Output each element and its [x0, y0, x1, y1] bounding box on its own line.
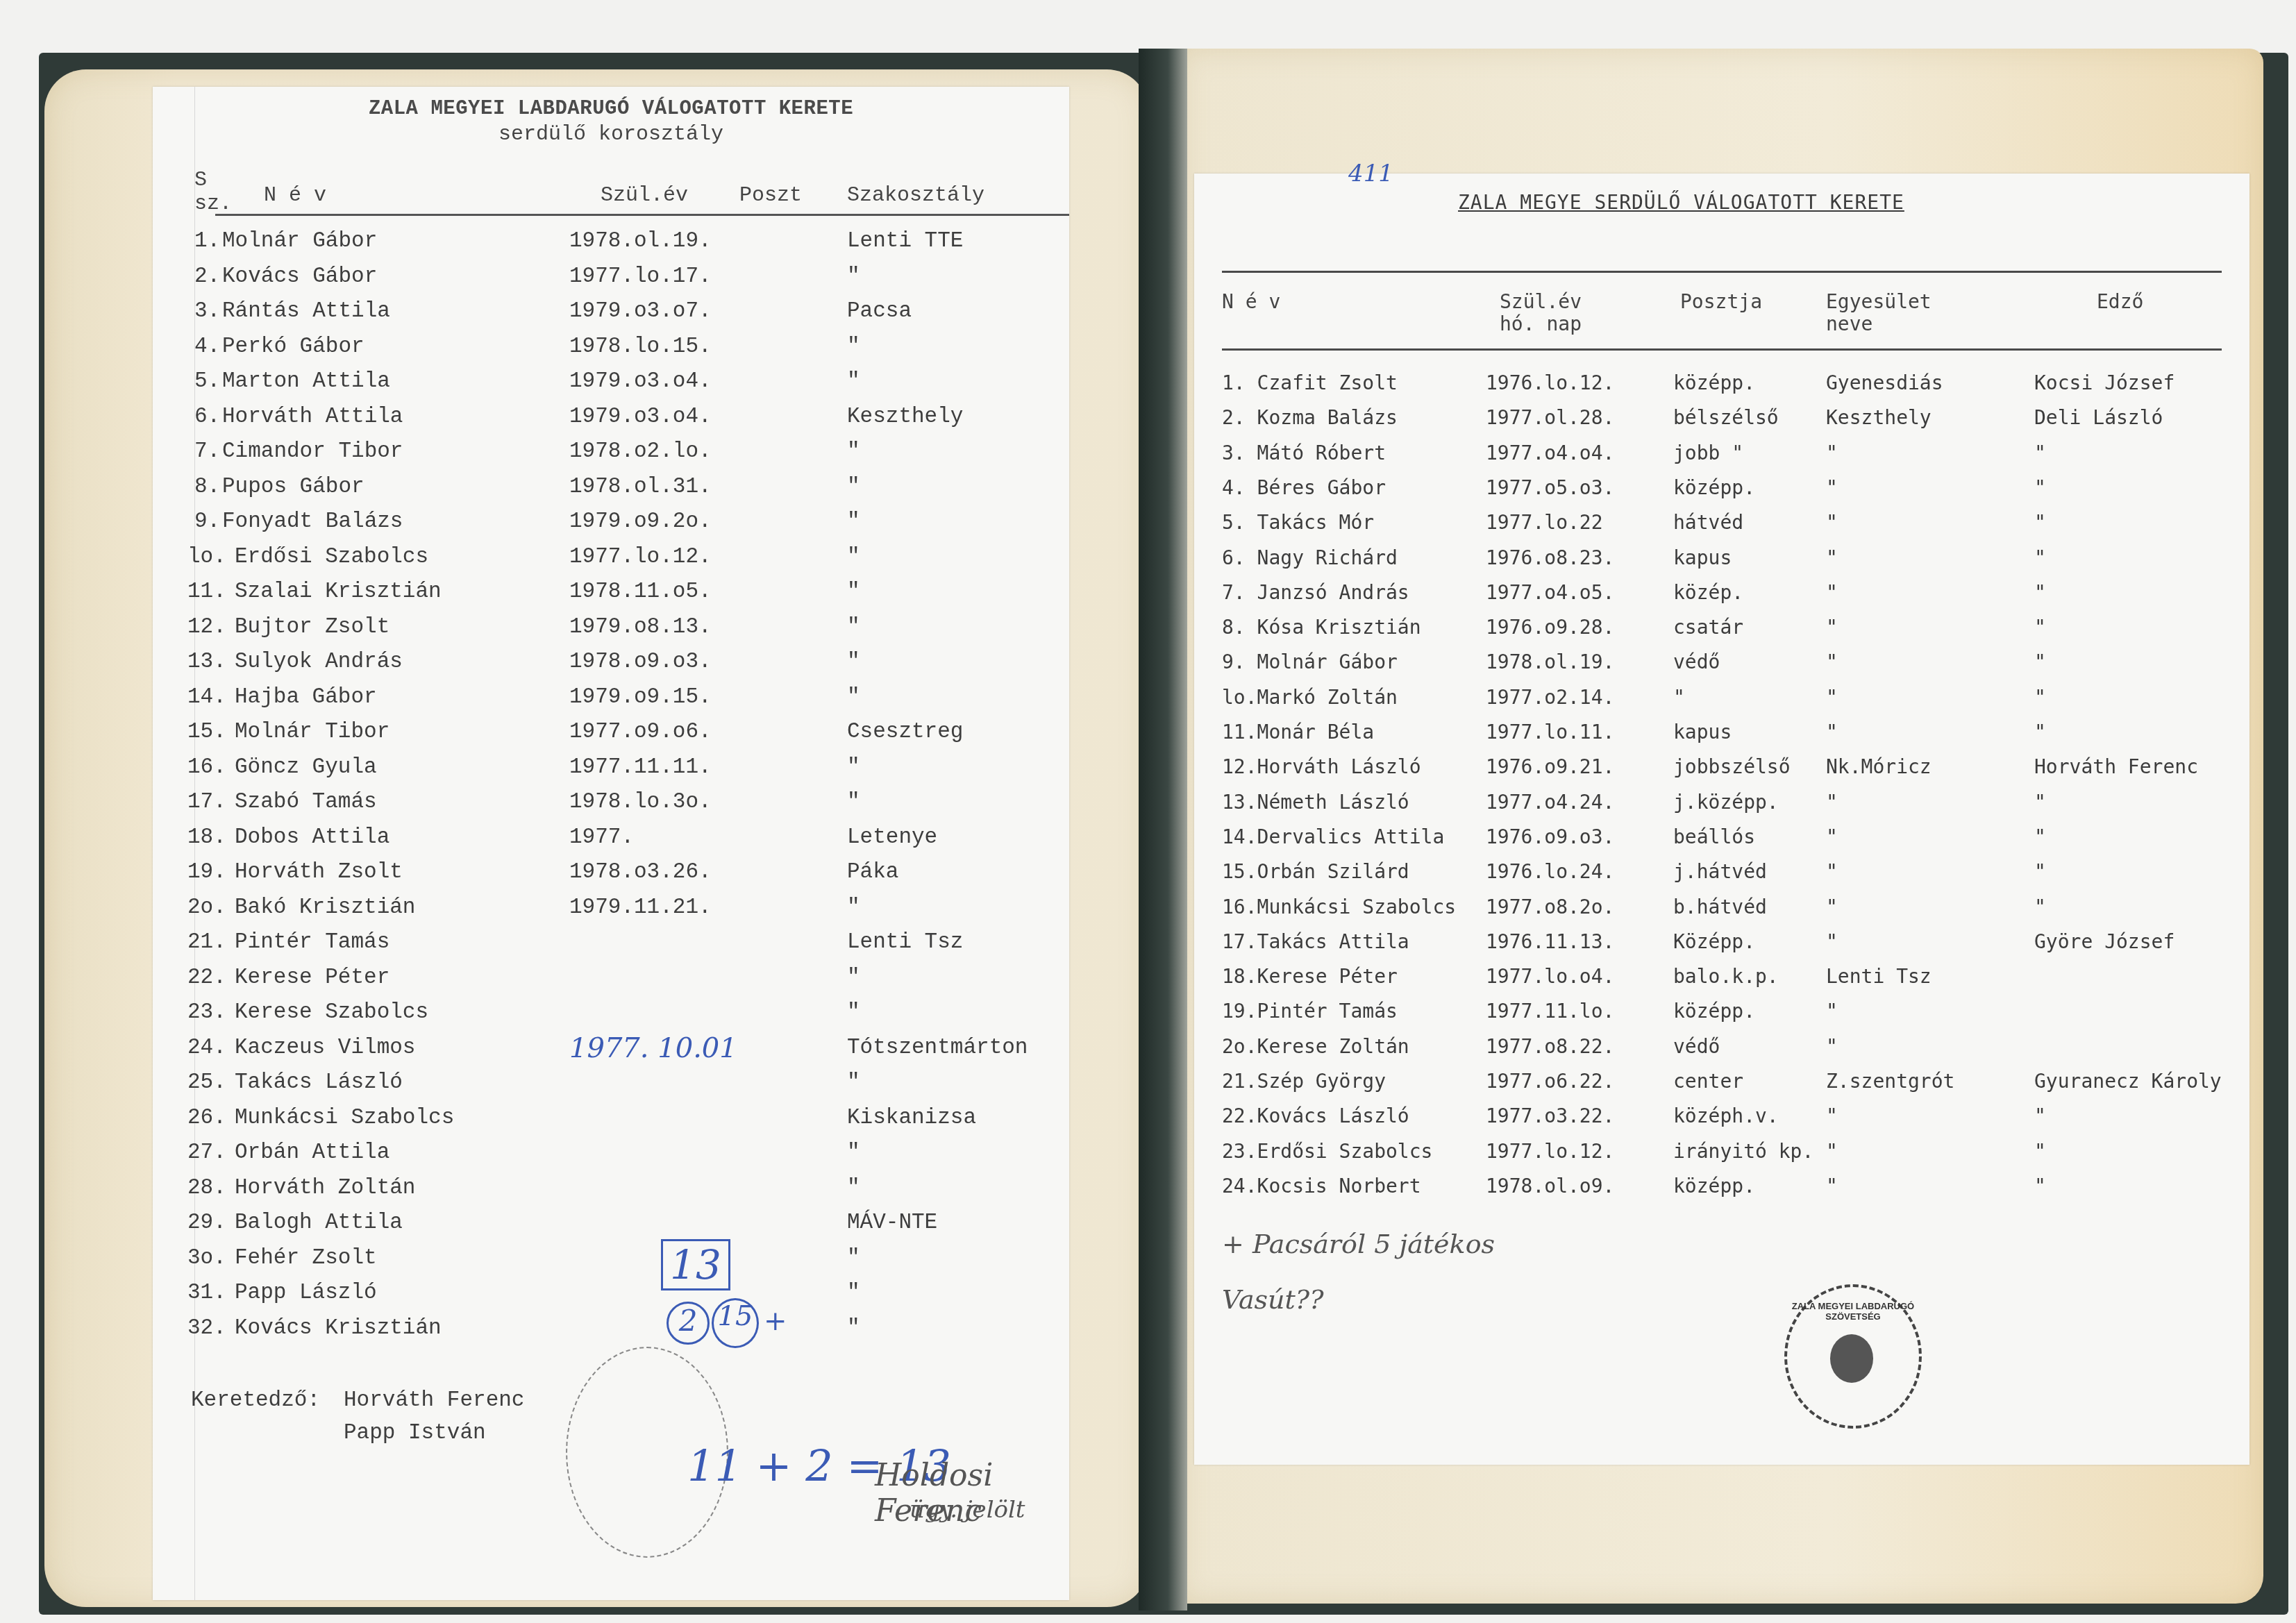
birth-date: 1979.o9.15.: [569, 685, 712, 709]
birth-date: 1978.lo.3o.: [569, 790, 712, 814]
player-name: Kaczeus Vilmos: [235, 1036, 415, 1060]
club-name: ": [847, 369, 860, 394]
coach-name: Kocsi József: [2034, 371, 2175, 394]
club-name: ": [1826, 686, 1838, 709]
club-name: ": [847, 475, 860, 499]
row-number: 4.: [194, 335, 220, 359]
player-name: Cimandor Tibor: [222, 439, 403, 464]
row-number: 26.: [187, 1106, 226, 1130]
table-row: 1.Molnár Gábor1978.ol.19.Lenti TTE: [153, 229, 1069, 264]
table-row: 6. Nagy Richárd1976.o8.23.kapus"": [1194, 546, 2249, 580]
row-number: 12.: [187, 615, 226, 639]
birth-date: 1978.o9.o3.: [569, 650, 712, 674]
header-top-rule: [1222, 271, 2222, 273]
birth-date: 1978.ol.19.: [1486, 650, 1614, 673]
table-row: 3. Mátó Róbert1977.o4.o4.jobb """: [1194, 442, 2249, 475]
club-name: ": [847, 439, 860, 464]
player-name: Horváth Attila: [222, 405, 403, 429]
club-name: ": [847, 1000, 860, 1025]
club-name: ": [1826, 546, 1838, 569]
handwritten-circled-2: 2: [667, 1302, 710, 1345]
birth-date: 1977.: [569, 825, 634, 850]
table-row: 5.Marton Attila1979.o3.o4.": [153, 369, 1069, 404]
coach-name: ": [2034, 511, 2046, 534]
r-header-coach: Edző: [2097, 292, 2143, 312]
row-number: 21.: [187, 930, 226, 955]
club-name: ": [847, 650, 860, 674]
player-name: 19.Pintér Tamás: [1222, 1000, 1398, 1023]
club-name: ": [1826, 476, 1838, 499]
header-name: N é v: [264, 184, 326, 208]
player-name: Fehér Zsolt: [235, 1246, 377, 1270]
row-number: 5.: [194, 369, 220, 394]
position: balo.k.p.: [1673, 965, 1779, 988]
table-row: 19.Pintér Tamás1977.11.lo.középp.": [1194, 1000, 2249, 1033]
r-header-birth-1: Szül.év: [1500, 292, 1582, 312]
birth-date: 1977.ol.28.: [1486, 406, 1614, 429]
table-row: 11.Szalai Krisztián1978.11.o5.": [153, 580, 1069, 614]
club-name: ": [1826, 511, 1838, 534]
player-name: Perkó Gábor: [222, 335, 364, 359]
table-row: 15.Molnár Tibor1977.o9.o6.Csesztreg: [153, 720, 1069, 755]
header-birth: Szül.év: [601, 184, 688, 208]
table-row: 24.Kocsis Norbert1978.ol.o9.középp."": [1194, 1175, 2249, 1208]
position: b.hátvéd: [1673, 895, 1767, 918]
coach-name: ": [2034, 791, 2046, 814]
club-name: ": [847, 264, 860, 289]
position: középh.v.: [1673, 1104, 1779, 1127]
table-row: 16.Munkácsi Szabolcs1977.o8.2o.b.hátvéd"…: [1194, 895, 2249, 929]
player-name: 4. Béres Gábor: [1222, 476, 1386, 499]
coach-name: ": [2034, 1140, 2046, 1163]
row-number: 19.: [187, 860, 226, 884]
player-name: Dobos Attila: [235, 825, 389, 850]
table-row: 16.Göncz Gyula1977.11.11.": [153, 755, 1069, 790]
position: jobbszélső: [1673, 755, 1791, 778]
club-name: Gyenesdiás: [1826, 371, 1943, 394]
position: csatár: [1673, 616, 1743, 639]
birth-date: 1978.11.o5.: [569, 580, 712, 604]
birth-date: 1977.o8.22.: [1486, 1035, 1614, 1058]
club-name: ": [847, 1070, 860, 1095]
player-name: Kovács Krisztián: [235, 1316, 442, 1340]
right-title: ZALA MEGYE SERDÜLŐ VÁLOGATOTT KERETE: [1458, 191, 1904, 214]
club-name: Keszthely: [847, 405, 963, 429]
player-name: 21.Szép György: [1222, 1070, 1386, 1093]
player-name: 7. Janzsó András: [1222, 581, 1409, 604]
row-number: 16.: [187, 755, 226, 780]
position: védő: [1673, 1035, 1720, 1058]
coach-name: ": [2034, 442, 2046, 464]
birth-date: 1976.o9.o3.: [1486, 825, 1614, 848]
player-name: Pintér Tamás: [235, 930, 389, 955]
club-name: Páka: [847, 860, 898, 884]
player-name: Erdősi Szabolcs: [235, 545, 428, 569]
club-name: ": [847, 1316, 860, 1340]
player-name: 11.Monár Béla: [1222, 721, 1374, 743]
coach-name: ": [2034, 825, 2046, 848]
player-name: lo.Markó Zoltán: [1222, 686, 1398, 709]
birth-date: 1979.11.21.: [569, 895, 712, 920]
player-name: Molnár Gábor: [222, 229, 377, 253]
stamp-emblem: [1830, 1334, 1873, 1383]
handwritten-note-1: + Pacsáról 5 játékos: [1222, 1229, 1495, 1259]
club-name: Lenti Tsz: [1826, 965, 1932, 988]
table-row: 21.Pintér TamásLenti Tsz: [153, 930, 1069, 965]
player-name: 2o.Kerese Zoltán: [1222, 1035, 1409, 1058]
table-row: 15.Orbán Szilárd1976.lo.24.j.hátvéd"": [1194, 860, 2249, 893]
player-name: Balogh Attila: [235, 1211, 403, 1235]
row-number: 18.: [187, 825, 226, 850]
player-name: Fonyadt Balázs: [222, 510, 403, 534]
player-name: Bujtor Zsolt: [235, 615, 389, 639]
table-row: 13.Németh László1977.o4.24.j.középp."": [1194, 791, 2249, 824]
position: bélszélső: [1673, 406, 1779, 429]
table-row: 5. Takács Mór1977.lo.22hátvéd"": [1194, 511, 2249, 544]
birth-date: 1979.o3.o4.: [569, 369, 712, 394]
club-name: ": [847, 1176, 860, 1200]
player-name: 12.Horváth László: [1222, 755, 1421, 778]
birth-date: 1977.11.11.: [569, 755, 712, 780]
player-name: 3. Mátó Róbert: [1222, 442, 1386, 464]
table-row: 4. Béres Gábor1977.o5.o3.középp."": [1194, 476, 2249, 510]
position: középp.: [1673, 371, 1755, 394]
coach-name: ": [2034, 616, 2046, 639]
coach-2: Papp István: [344, 1421, 486, 1445]
row-number: 27.: [187, 1141, 226, 1165]
position: irányitó kp.: [1673, 1140, 1813, 1163]
birth-date: 1978.ol.31.: [569, 475, 712, 499]
player-name: Rántás Attila: [222, 299, 390, 323]
table-row: 2. Kozma Balázs1977.ol.28.bélszélsőKeszt…: [1194, 406, 2249, 439]
row-number: 7.: [194, 439, 220, 464]
player-name: 6. Nagy Richárd: [1222, 546, 1398, 569]
player-name: 16.Munkácsi Szabolcs: [1222, 895, 1456, 918]
player-name: 23.Erdősi Szabolcs: [1222, 1140, 1432, 1163]
row-number: 14.: [187, 685, 226, 709]
player-name: 17.Takács Attila: [1222, 930, 1409, 953]
association-stamp: ZALA MEGYEI LABDARUGÓ SZÖVETSÉG: [1784, 1284, 1922, 1429]
position: kapus: [1673, 546, 1732, 569]
club-name: ": [847, 966, 860, 990]
header-position: Poszt: [739, 184, 802, 208]
table-row: 1. Czafit Zsolt1976.lo.12.középp.Gyenesd…: [1194, 371, 2249, 405]
table-row: 12.Horváth László1976.o9.21.jobbszélsőNk…: [1194, 755, 2249, 789]
player-name: Takács László: [235, 1070, 403, 1095]
birth-date: 1977.lo.22: [1486, 511, 1603, 534]
player-name: Kerese Szabolcs: [235, 1000, 428, 1025]
row-number: 15.: [187, 720, 226, 744]
header-sz: sz.: [194, 192, 232, 216]
header-rule: [215, 214, 1069, 216]
table-row: 13.Sulyok András1978.o9.o3.": [153, 650, 1069, 684]
row-number: 23.: [187, 1000, 226, 1025]
player-name: Kerese Péter: [235, 966, 389, 990]
club-name: ": [1826, 581, 1838, 604]
handwritten-plus: +: [764, 1305, 787, 1337]
row-number: 32.: [187, 1316, 226, 1340]
player-name: 5. Takács Mór: [1222, 511, 1374, 534]
table-row: 22.Kerese Péter": [153, 966, 1069, 1000]
club-name: ": [847, 545, 860, 569]
player-name: Szalai Krisztián: [235, 580, 442, 604]
table-row: 21.Szép György1977.o6.22.centerZ.szentgr…: [1194, 1070, 2249, 1103]
birth-date: 1977.o6.22.: [1486, 1070, 1614, 1093]
birth-date: 1977.o4.o4.: [1486, 442, 1614, 464]
club-name: ": [1826, 442, 1838, 464]
position: ": [1673, 686, 1685, 709]
binder-spine: [1139, 49, 1187, 1611]
coach-name: ": [2034, 895, 2046, 918]
left-title: ZALA MEGYEI LABDARUGÓ VÁLOGATOTT KERETE: [153, 97, 1069, 120]
club-name: ": [847, 1246, 860, 1270]
table-row: 7.Cimandor Tibor1978.o2.lo.": [153, 439, 1069, 474]
row-number: 8.: [194, 475, 220, 499]
table-row: lo.Markó Zoltán1977.o2.14.""": [1194, 686, 2249, 719]
club-name: ": [847, 895, 860, 920]
position: középp.: [1673, 1175, 1755, 1197]
coach-name: ": [2034, 581, 2046, 604]
row-number: lo.: [187, 545, 226, 569]
row-number: 2.: [194, 264, 220, 289]
table-row: 4.Perkó Gábor1978.lo.15.": [153, 335, 1069, 369]
row-number: 6.: [194, 405, 220, 429]
position: hátvéd: [1673, 511, 1743, 534]
table-row: 29.Balogh AttilaMÁV-NTE: [153, 1211, 1069, 1245]
birth-date: 1977.11.lo.: [1486, 1000, 1614, 1023]
club-name: ": [1826, 616, 1838, 639]
table-row: 25.Takács László": [153, 1070, 1069, 1105]
player-name: 13.Németh László: [1222, 791, 1409, 814]
club-name: Letenye: [847, 825, 937, 850]
player-name: Marton Attila: [222, 369, 390, 394]
birth-date: 1976.lo.12.: [1486, 371, 1614, 394]
birth-date: 1979.o3.o7.: [569, 299, 712, 323]
club-name: ": [847, 755, 860, 780]
position: j.középp.: [1673, 791, 1779, 814]
club-name: ": [1826, 1035, 1838, 1058]
player-name: Orbán Attila: [235, 1141, 389, 1165]
coach-1: Horváth Ferenc: [344, 1388, 524, 1413]
player-name: Sulyok András: [235, 650, 403, 674]
birth-date: 1977.o3.22.: [1486, 1104, 1614, 1127]
club-name: ": [1826, 791, 1838, 814]
birth-date: 1976.o9.21.: [1486, 755, 1614, 778]
birth-date: 1977.lo.11.: [1486, 721, 1614, 743]
player-name: Bakó Krisztián: [235, 895, 415, 920]
birth-date: 1977.o5.o3.: [1486, 476, 1614, 499]
table-row: 2o.Bakó Krisztián1979.11.21.": [153, 895, 1069, 930]
r-header-position: Posztja: [1680, 292, 1762, 312]
player-name: Molnár Tibor: [235, 720, 389, 744]
margin-note: 411: [1348, 160, 1393, 187]
table-row: 31.Papp László": [153, 1281, 1069, 1315]
club-name: ": [1826, 1140, 1838, 1163]
club-name: Z.szentgrót: [1826, 1070, 1954, 1093]
club-name: Nk.Móricz: [1826, 755, 1932, 778]
handwritten-birthdate: 1977. 10.01: [569, 1032, 737, 1064]
table-row: 3o.Fehér Zsolt": [153, 1246, 1069, 1281]
table-row: 9. Molnár Gábor1978.ol.19.védő"": [1194, 650, 2249, 684]
club-name: ": [1826, 1175, 1838, 1197]
header-s: S: [194, 169, 207, 192]
club-name: ": [1826, 825, 1838, 848]
row-number: 11.: [187, 580, 226, 604]
table-row: 17.Takács Attila1976.11.13.Középp."Györe…: [1194, 930, 2249, 964]
club-name: ": [847, 335, 860, 359]
birth-date: 1977.lo.12.: [1486, 1140, 1614, 1163]
player-name: Göncz Gyula: [235, 755, 377, 780]
coach-name: ": [2034, 1104, 2046, 1127]
table-row: 32.Kovács Krisztián": [153, 1316, 1069, 1351]
handwritten-circled-15: 15: [712, 1298, 759, 1348]
row-number: 3.: [194, 299, 220, 323]
table-row: 22.Kovács László1977.o3.22.középh.v."": [1194, 1104, 2249, 1138]
player-name: Munkácsi Szabolcs: [235, 1106, 454, 1130]
player-name: 24.Kocsis Norbert: [1222, 1175, 1421, 1197]
coach-name: ": [2034, 546, 2046, 569]
birth-date: 1979.o9.2o.: [569, 510, 712, 534]
signature-title: ügy. jelölt: [910, 1496, 1025, 1524]
player-name: Horváth Zoltán: [235, 1176, 415, 1200]
table-row: 19.Horváth Zsolt1978.o3.26.Páka: [153, 860, 1069, 895]
coach-name: ": [2034, 650, 2046, 673]
right-roster-sheet: 411 ZALA MEGYE SERDÜLŐ VÁLOGATOTT KERETE…: [1194, 174, 2249, 1465]
table-row: 9.Fonyadt Balázs1979.o9.2o.": [153, 510, 1069, 544]
birth-date: 1977.o9.o6.: [569, 720, 712, 744]
position: kapus: [1673, 721, 1732, 743]
table-row: 8. Kósa Krisztián1976.o9.28.csatár"": [1194, 616, 2249, 649]
club-name: ": [1826, 860, 1838, 883]
table-row: 3.Rántás Attila1979.o3.o7.Pacsa: [153, 299, 1069, 334]
player-name: Papp László: [235, 1281, 377, 1305]
header-bottom-rule: [1222, 348, 2222, 351]
table-row: 6.Horváth Attila1979.o3.o4.Keszthely: [153, 405, 1069, 439]
row-number: 25.: [187, 1070, 226, 1095]
r-header-club-2: neve: [1826, 314, 1872, 335]
table-row: 12.Bujtor Zsolt1979.o8.13.": [153, 615, 1069, 650]
row-number: 31.: [187, 1281, 226, 1305]
row-number: 2o.: [187, 895, 226, 920]
coaches-label: Keretedző:: [191, 1388, 320, 1413]
club-name: ": [1826, 1000, 1838, 1023]
club-name: MÁV-NTE: [847, 1211, 937, 1235]
birth-date: 1977.lo.17.: [569, 264, 712, 289]
club-name: Pacsa: [847, 299, 912, 323]
row-number: 13.: [187, 650, 226, 674]
row-number: 22.: [187, 966, 226, 990]
club-name: Keszthely: [1826, 406, 1932, 429]
stamp-text: ZALA MEGYEI LABDARUGÓ SZÖVETSÉG: [1787, 1301, 1919, 1322]
table-row: 7. Janzsó András1977.o4.o5.közép."": [1194, 581, 2249, 614]
club-name: Lenti Tsz: [847, 930, 963, 955]
r-header-birth-2: hó. nap: [1500, 314, 1582, 335]
row-number: 1.: [194, 229, 220, 253]
birth-date: 1978.o3.26.: [569, 860, 712, 884]
birth-date: 1979.o8.13.: [569, 615, 712, 639]
handwritten-boxed-13: 13: [661, 1239, 730, 1290]
birth-date: 1976.lo.24.: [1486, 860, 1614, 883]
row-number: 28.: [187, 1176, 226, 1200]
position: védő: [1673, 650, 1720, 673]
table-row: 18.Kerese Péter1977.lo.o4.balo.k.p.Lenti…: [1194, 965, 2249, 998]
table-row: 14.Hajba Gábor1979.o9.15.": [153, 685, 1069, 720]
left-roster-sheet: ZALA MEGYEI LABDARUGÓ VÁLOGATOTT KERETE …: [153, 87, 1069, 1600]
club-name: ": [1826, 1104, 1838, 1127]
player-name: Kovács Gábor: [222, 264, 377, 289]
club-name: Csesztreg: [847, 720, 963, 744]
coach-name: Gyuranecz Károly: [2034, 1070, 2222, 1093]
club-name: ": [847, 790, 860, 814]
birth-date: 1976.o9.28.: [1486, 616, 1614, 639]
birth-date: 1976.o8.23.: [1486, 546, 1614, 569]
table-row: 11.Monár Béla1977.lo.11.kapus"": [1194, 721, 2249, 754]
coach-name: ": [2034, 721, 2046, 743]
position: Középp.: [1673, 930, 1755, 953]
row-number: 29.: [187, 1211, 226, 1235]
club-name: ": [1826, 721, 1838, 743]
club-name: ": [1826, 650, 1838, 673]
row-number: 9.: [194, 510, 220, 534]
birth-date: 1978.lo.15.: [569, 335, 712, 359]
coach-name: ": [2034, 476, 2046, 499]
player-name: 15.Orbán Szilárd: [1222, 860, 1409, 883]
club-name: ": [1826, 895, 1838, 918]
birth-date: 1978.o2.lo.: [569, 439, 712, 464]
row-number: 3o.: [187, 1246, 226, 1270]
club-name: ": [847, 580, 860, 604]
birth-date: 1977.o8.2o.: [1486, 895, 1614, 918]
coach-name: Horváth Ferenc: [2034, 755, 2198, 778]
club-name: ": [1826, 930, 1838, 953]
position: középp.: [1673, 476, 1755, 499]
player-name: 1. Czafit Zsolt: [1222, 371, 1398, 394]
left-subtitle: serdülő korosztály: [153, 123, 1069, 146]
table-row: 28.Horváth Zoltán": [153, 1176, 1069, 1211]
table-row: 14.Dervalics Attila1976.o9.o3.beállós"": [1194, 825, 2249, 859]
coach-name: Deli László: [2034, 406, 2163, 429]
player-name: Hajba Gábor: [235, 685, 377, 709]
handwritten-note-2: Vasút??: [1222, 1284, 1324, 1315]
player-name: 2. Kozma Balázs: [1222, 406, 1398, 429]
row-number: 24.: [187, 1036, 226, 1060]
table-row: 26.Munkácsi SzabolcsKiskanizsa: [153, 1106, 1069, 1141]
birth-date: 1977.lo.12.: [569, 545, 712, 569]
player-name: Horváth Zsolt: [235, 860, 403, 884]
club-name: ": [847, 1141, 860, 1165]
birth-date: 1977.lo.o4.: [1486, 965, 1614, 988]
table-row: 2o.Kerese Zoltán1977.o8.22.védő": [1194, 1035, 2249, 1068]
position: közép.: [1673, 581, 1743, 604]
player-name: 14.Dervalics Attila: [1222, 825, 1444, 848]
player-name: 8. Kósa Krisztián: [1222, 616, 1421, 639]
club-name: Kiskanizsa: [847, 1106, 976, 1130]
player-name: 9. Molnár Gábor: [1222, 650, 1398, 673]
birth-date: 1978.ol.19.: [569, 229, 712, 253]
player-name: 22.Kovács László: [1222, 1104, 1409, 1127]
birth-date: 1977.o4.o5.: [1486, 581, 1614, 604]
birth-date: 1977.o2.14.: [1486, 686, 1614, 709]
position: középp.: [1673, 1000, 1755, 1023]
birth-date: 1979.o3.o4.: [569, 405, 712, 429]
player-name: Szabó Tamás: [235, 790, 377, 814]
table-row: 17.Szabó Tamás1978.lo.3o.": [153, 790, 1069, 825]
birth-date: 1978.ol.o9.: [1486, 1175, 1614, 1197]
coach-name: ": [2034, 860, 2046, 883]
club-name: Tótszentmárton: [847, 1036, 1028, 1060]
coach-name: ": [2034, 1175, 2046, 1197]
club-name: ": [847, 510, 860, 534]
